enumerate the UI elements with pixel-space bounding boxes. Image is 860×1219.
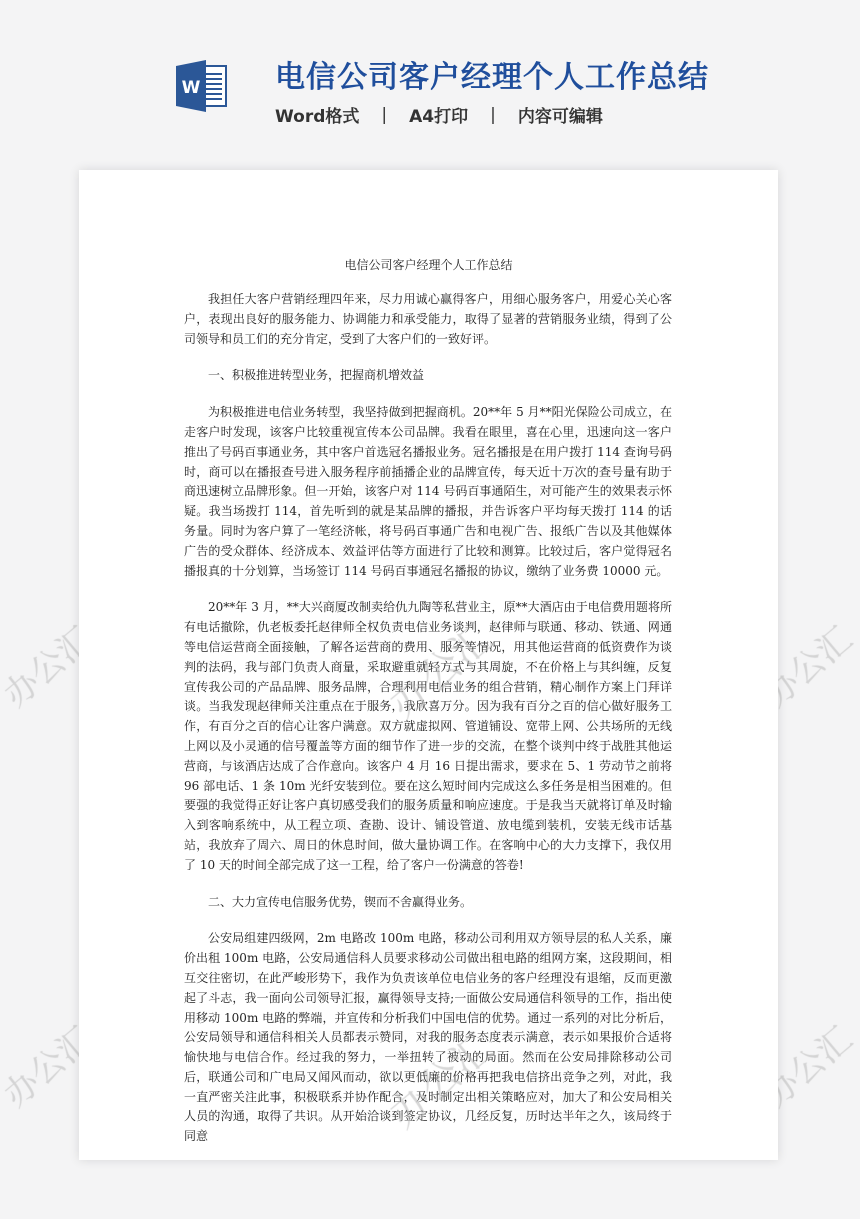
paragraph: 为积极推进电信业务转型，我坚持做到把握商机。20**年 5 月**阳光保险公司成…: [184, 403, 672, 581]
paragraph: 20**年 3 月，**大兴商厦改制卖给仇九陶等私营业主，原**大酒店由于电信费…: [184, 598, 672, 875]
document-title: 电信公司客户经理个人工作总结: [79, 256, 778, 273]
document-body: 我担任大客户营销经理四年来，尽力用诚心赢得客户，用细心服务客户，用爱心关心客户，…: [184, 290, 672, 1160]
header: W 电信公司客户经理个人工作总结 Word格式 | A4打印 | 内容可编辑: [0, 0, 860, 160]
format-tags: Word格式 | A4打印 | 内容可编辑: [275, 102, 603, 127]
section-heading-1: 一、积极推进转型业务，把握商机增效益: [184, 366, 672, 386]
paragraph-intro: 我担任大客户营销经理四年来，尽力用诚心赢得客户，用细心服务客户，用爱心关心客户，…: [184, 290, 672, 349]
document-page: 电信公司客户经理个人工作总结 我担任大客户营销经理四年来，尽力用诚心赢得客户，用…: [79, 170, 778, 1160]
word-icon: W: [174, 58, 230, 114]
tag-editable: 内容可编辑: [518, 102, 603, 127]
tag-a4-print: A4打印: [409, 102, 468, 127]
paragraph: 公安局组建四级网，2m 电路改 100m 电路，移动公司利用双方领导层的私人关系…: [184, 929, 672, 1147]
separator: |: [381, 105, 387, 125]
section-heading-2: 二、大力宣传电信服务优势，锲而不舍赢得业务。: [184, 893, 672, 913]
separator: |: [490, 105, 496, 125]
tag-word-format: Word格式: [275, 102, 359, 127]
svg-text:W: W: [182, 78, 201, 98]
page-title: 电信公司客户经理个人工作总结: [275, 52, 709, 96]
